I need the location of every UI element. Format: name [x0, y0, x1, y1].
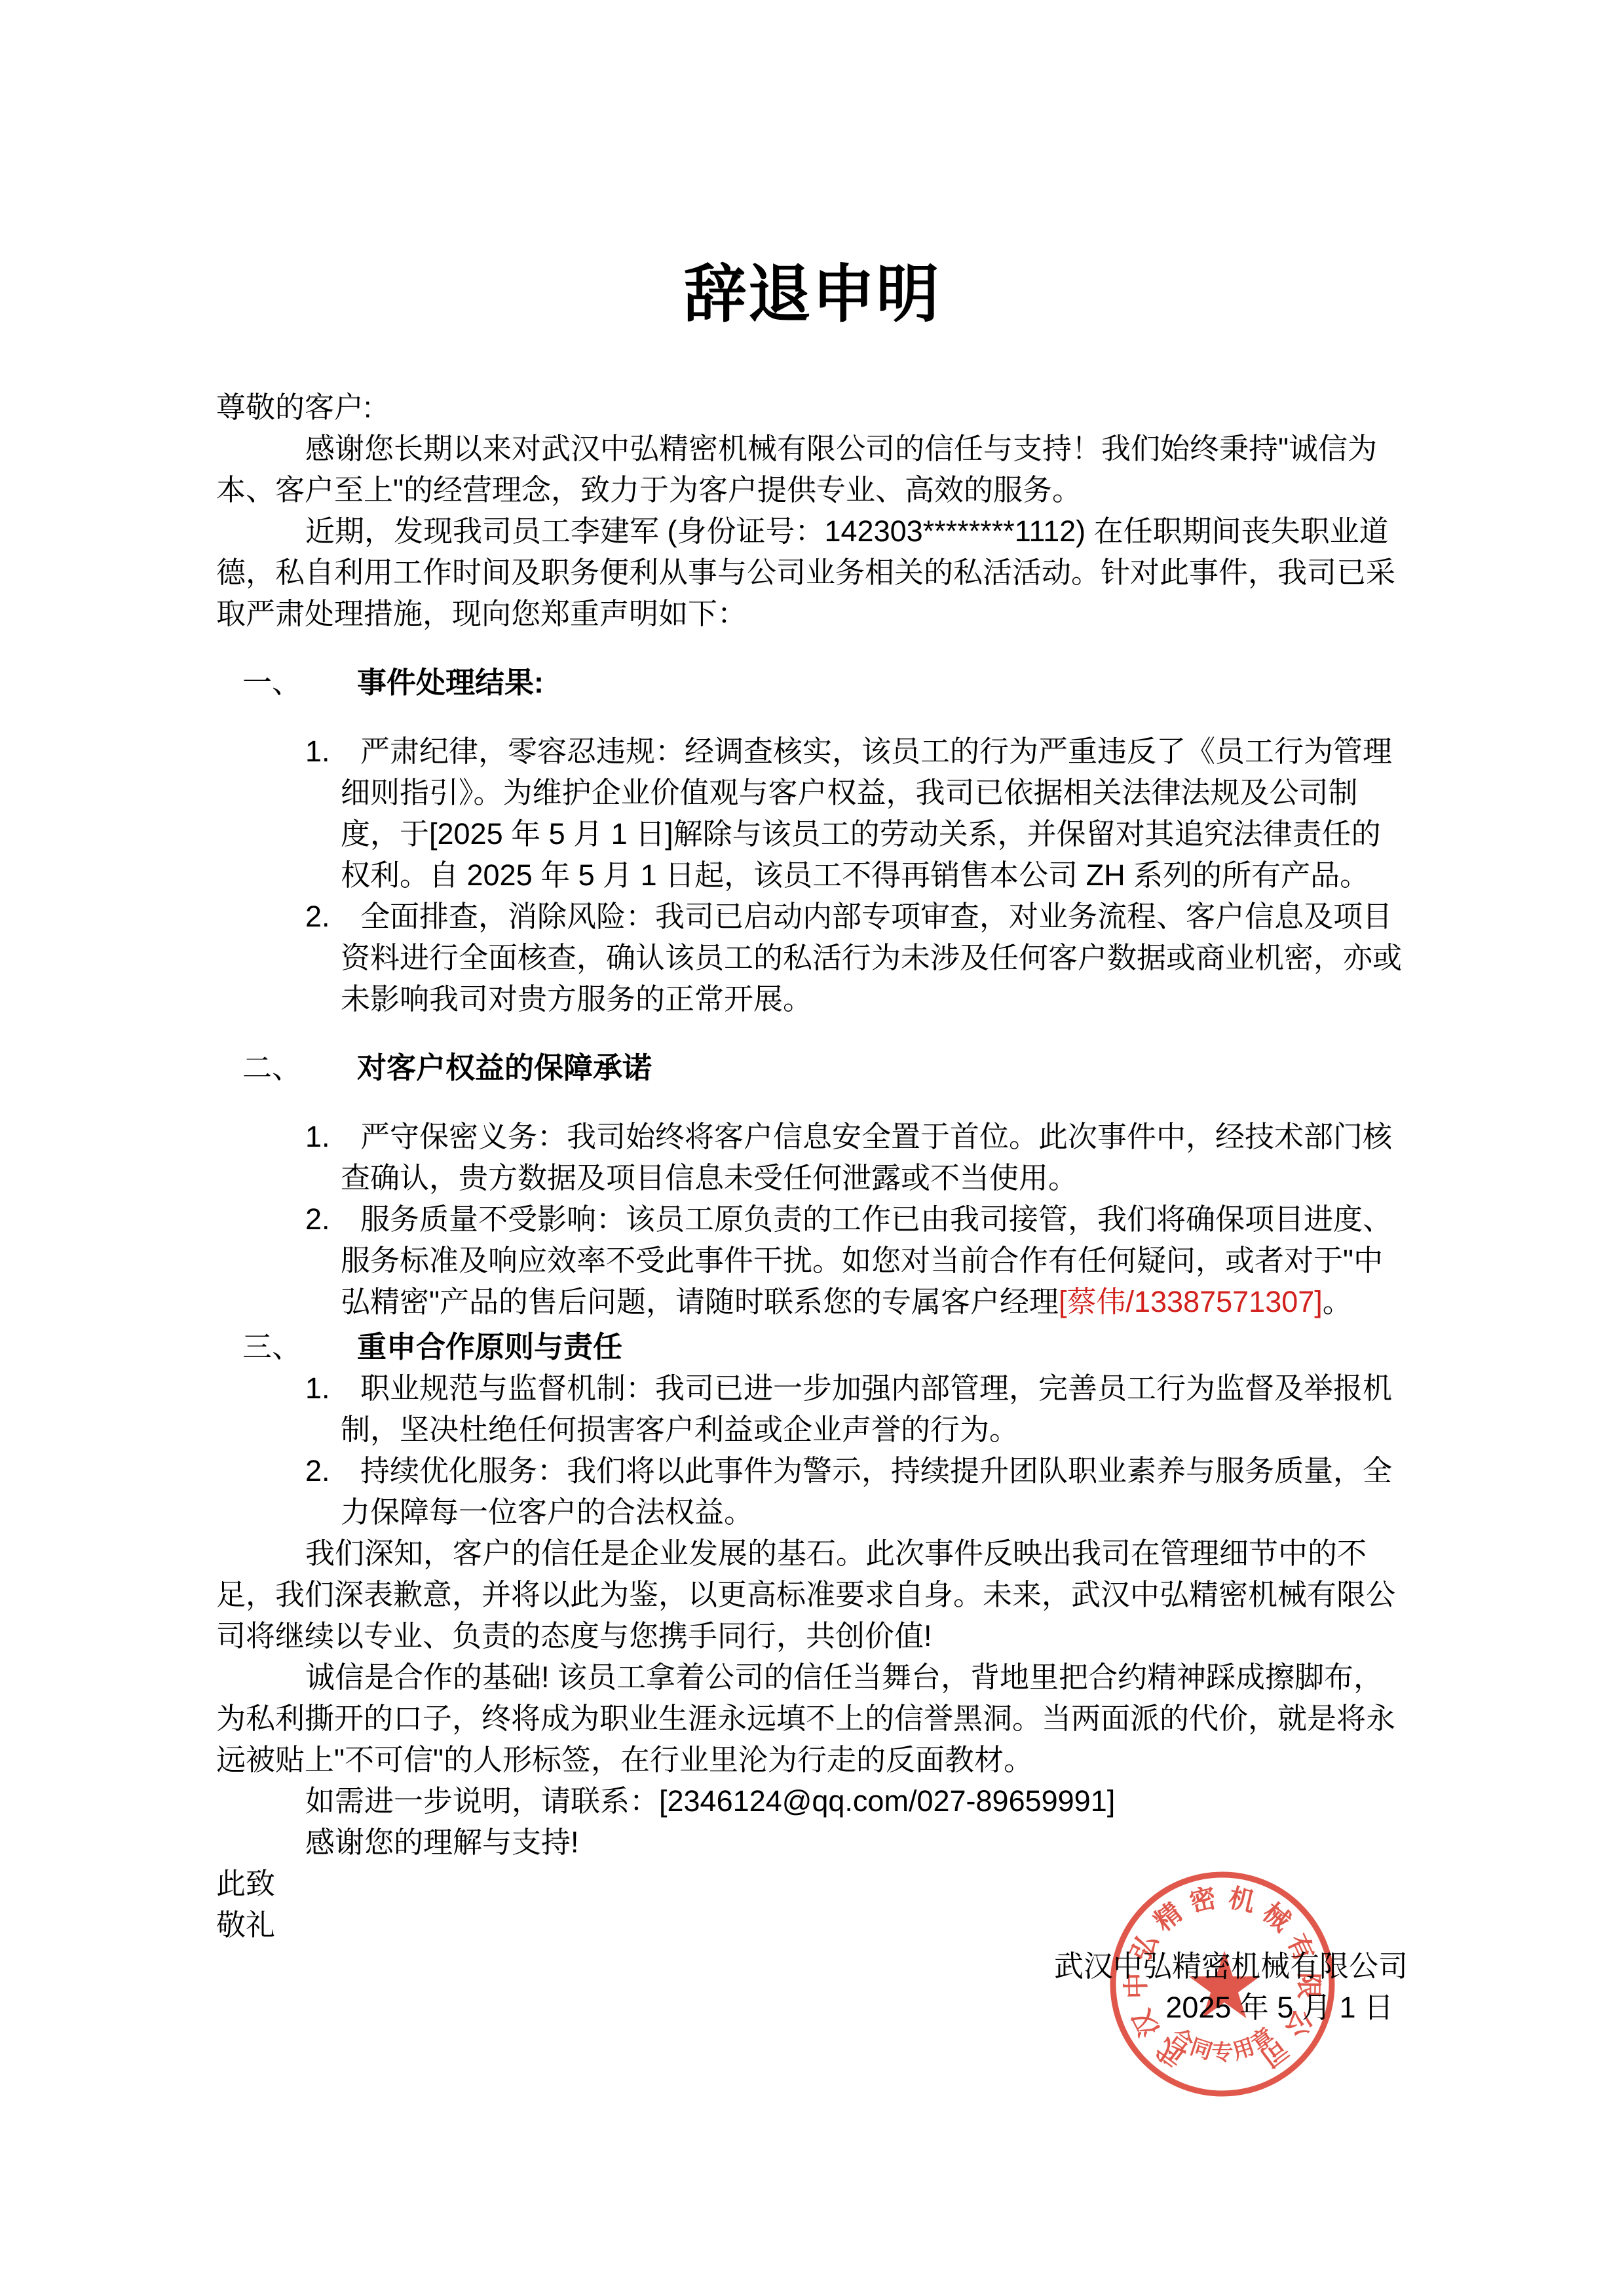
section-heading-3: 三、 重申合作原则与责任 [216, 1326, 1408, 1368]
item-text: 。 [1323, 1285, 1352, 1318]
item-number: 2. [305, 1198, 330, 1240]
list-item: 1. 严守保密义务：我司始终将客户信息安全置于首位。此次事件中，经技术部门核查确… [216, 1116, 1408, 1198]
list-item: 1. 严肃纪律，零容忍违规：经调查核实，该员工的行为严重违反了《员工行为管理细则… [216, 731, 1408, 896]
svg-text:武: 武 [1152, 2033, 1190, 2072]
intro-paragraph-2: 近期，发现我司员工李建军 (身份证号：142303********1112) 在… [216, 510, 1408, 634]
item-number: 2. [305, 1450, 330, 1491]
thanks-line: 感谢您的理解与支持! [216, 1822, 1408, 1863]
document-page: 辞退申明 尊敬的客户: 感谢您长期以来对武汉中弘精密机械有限公司的信任与支持！我… [0, 0, 1624, 2296]
item-number: 1. [305, 731, 330, 772]
section-marker: 二、 [242, 1047, 301, 1088]
item-number: 1. [305, 1116, 330, 1157]
signature-date: 2025 年 5 月 1 日 [216, 1987, 1408, 2028]
item-number: 2. [305, 896, 330, 937]
item-number: 1. [305, 1368, 330, 1409]
item-text: 职业规范与监督机制：我司已进一步加强内部管理，完善员工行为监督及举报机制，坚决杜… [341, 1371, 1392, 1446]
list-item: 2. 持续优化服务：我们将以此事件为警示，持续提升团队职业素养与服务质量，全力保… [216, 1450, 1408, 1533]
section-heading-1: 一、 事件处理结果: [216, 662, 1408, 703]
closing-paragraph-1: 我们深知，客户的信任是企业发展的基石。此次事件反映出我司在管理细节中的不足，我们… [216, 1533, 1408, 1656]
account-manager-contact: [蔡伟/13387571307] [1059, 1285, 1323, 1318]
section-heading-2: 二、 对客户权益的保障承诺 [216, 1047, 1408, 1088]
signature-company: 武汉中弘精密机械有限公司 [216, 1945, 1408, 1987]
svg-text:专: 专 [1212, 2040, 1234, 2065]
item-text: 持续优化服务：我们将以此事件为警示，持续提升团队职业素养与服务质量，全力保障每一… [341, 1454, 1392, 1529]
section-marker: 一、 [242, 662, 301, 703]
svg-text:司: 司 [1255, 2033, 1293, 2072]
signoff-cizhi: 此致 [216, 1863, 1408, 1904]
item-text: 严守保密义务：我司始终将客户信息安全置于首位。此次事件中，经技术部门核查确认，贵… [341, 1120, 1392, 1195]
section-title: 重申合作原则与责任 [357, 1330, 622, 1364]
signoff-jingli: 敬礼 [216, 1904, 1408, 1945]
section-marker: 三、 [242, 1326, 301, 1368]
section-title: 对客户权益的保障承诺 [357, 1051, 652, 1084]
salutation: 尊敬的客户: [216, 387, 1408, 428]
item-text: 全面排查，消除风险：我司已启动内部专项审查，对业务流程、客户信息及项目资料进行全… [341, 900, 1402, 1016]
closing-paragraph-2: 诚信是合作的基础! 该员工拿着公司的信任当舞台，背地里把合约精神踩成擦脚布，为私… [216, 1656, 1408, 1780]
list-item: 2. 全面排查，消除风险：我司已启动内部专项审查，对业务流程、客户信息及项目资料… [216, 896, 1408, 1020]
contact-line: 如需进一步说明，请联系：[2346124@qq.com/027-89659991… [216, 1780, 1408, 1822]
svg-text:同: 同 [1187, 2034, 1215, 2063]
svg-text:用: 用 [1230, 2034, 1258, 2063]
intro-paragraph-1: 感谢您长期以来对武汉中弘精密机械有限公司的信任与支持！我们始终秉持"诚信为本、客… [216, 428, 1408, 510]
section-title: 事件处理结果: [357, 666, 544, 699]
list-item: 2. 服务质量不受影响：该员工原负责的工作已由我司接管，我们将确保项目进度、服务… [216, 1198, 1408, 1322]
list-item: 1. 职业规范与监督机制：我司已进一步加强内部管理，完善员工行为监督及举报机制，… [216, 1368, 1408, 1450]
page-title: 辞退申明 [216, 259, 1408, 331]
item-text: 严肃纪律，零容忍违规：经调查核实，该员工的行为严重违反了《员工行为管理细则指引》… [341, 735, 1392, 892]
